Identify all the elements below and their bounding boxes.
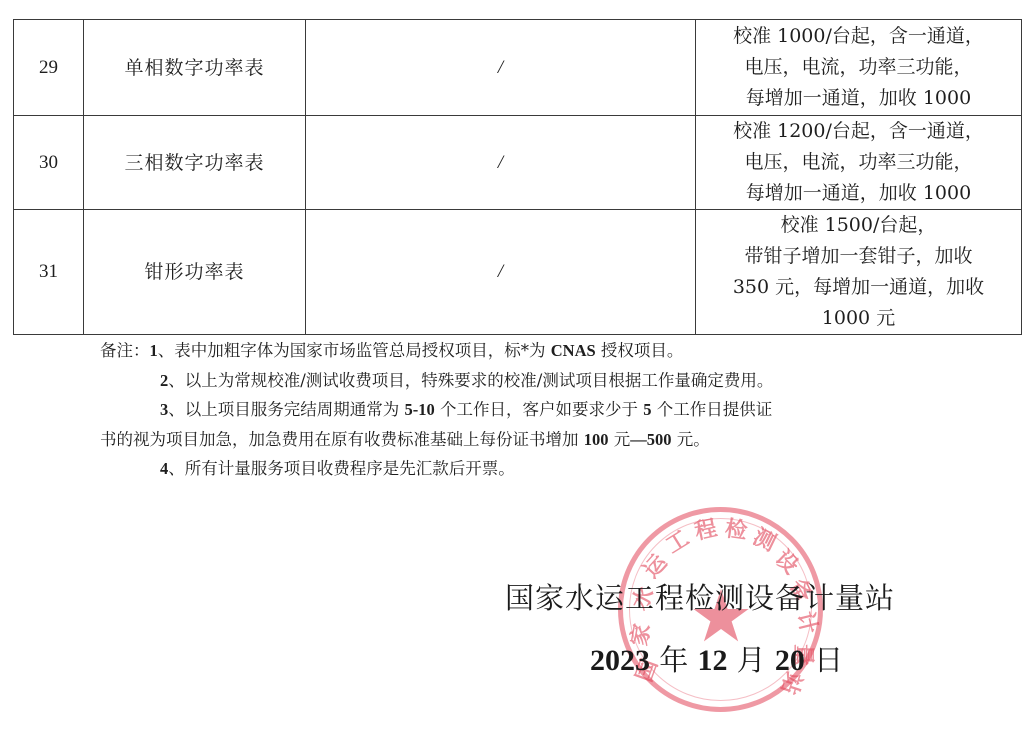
date-month-unit: 月 bbox=[727, 643, 774, 677]
fee-line: 350 元，每增加一通道，加收 bbox=[696, 272, 1021, 303]
note-bold: —500 bbox=[630, 430, 671, 449]
note-number: 1 bbox=[150, 341, 158, 360]
item-number: 30 bbox=[14, 116, 84, 210]
fee-line: 电压，电流，功率三功能， bbox=[696, 147, 1021, 178]
date-year: 2023 bbox=[590, 644, 650, 677]
note-bold: CNAS bbox=[551, 341, 596, 360]
note-text: 、以上为常规校准/测试收费项目，特殊要求的校准/测试项目根据工作量确定费用。 bbox=[168, 371, 773, 390]
item-fee: 校准 1200/台起，含一通道， 电压，电流，功率三功能， 每增加一通道，加收 … bbox=[696, 116, 1022, 210]
issuing-organization: 国家水运工程检测设备计量站 bbox=[505, 576, 895, 617]
note-text: 、表中加粗字体为国家市场监管总局授权项目，标*为 bbox=[158, 341, 551, 360]
fee-line: 1000 元 bbox=[696, 303, 1021, 334]
issue-date: 2023 年 12 月 20 日 bbox=[590, 638, 843, 679]
date-month: 12 bbox=[697, 644, 727, 677]
item-fee: 校准 1000/台起，含一通道， 电压，电流，功率三功能， 每增加一通道，加收 … bbox=[696, 20, 1022, 116]
item-number: 31 bbox=[14, 210, 84, 335]
seal-char: 程 bbox=[693, 518, 719, 544]
date-day-unit: 日 bbox=[805, 643, 843, 677]
note-text: 书的视为项目加急，加急费用在原有收费标准基础上每份证书增加 bbox=[100, 430, 584, 449]
fee-line: 校准 1000/台起，含一通道， bbox=[696, 21, 1021, 52]
fee-line: 每增加一通道，加收 1000 bbox=[696, 178, 1021, 209]
date-day: 20 bbox=[775, 644, 805, 677]
item-range: / bbox=[306, 20, 696, 116]
note-1: 备注：1、表中加粗字体为国家市场监管总局授权项目，标*为 CNAS 授权项目。 bbox=[0, 336, 1024, 366]
item-fee: 校准 1500/台起， 带钳子增加一套钳子，加收 350 元，每增加一通道，加收… bbox=[696, 210, 1022, 335]
item-name: 单相数字功率表 bbox=[84, 20, 306, 116]
table-row: 31 钳形功率表 / 校准 1500/台起， 带钳子增加一套钳子，加收 350 … bbox=[14, 210, 1022, 335]
seal-char: 检 bbox=[724, 519, 749, 544]
note-number: 3 bbox=[160, 400, 168, 419]
note-text: 个工作日，客户如要求少于 bbox=[435, 400, 644, 419]
fee-line: 电压，电流，功率三功能， bbox=[696, 52, 1021, 83]
item-range: / bbox=[306, 210, 696, 335]
fee-table: 29 单相数字功率表 / 校准 1000/台起，含一通道， 电压，电流，功率三功… bbox=[13, 19, 1022, 335]
item-name: 钳形功率表 bbox=[84, 210, 306, 335]
note-text: 授权项目。 bbox=[596, 341, 684, 360]
note-bold: 5 bbox=[643, 400, 651, 419]
table-row: 29 单相数字功率表 / 校准 1000/台起，含一通道， 电压，电流，功率三功… bbox=[14, 20, 1022, 116]
note-text: 元 bbox=[609, 430, 631, 449]
table-row: 30 三相数字功率表 / 校准 1200/台起，含一通道， 电压，电流，功率三功… bbox=[14, 116, 1022, 210]
note-prefix: 备注： bbox=[100, 341, 150, 360]
note-4: 4、所有计量服务项目收费程序是先汇款后开票。 bbox=[0, 454, 1024, 484]
note-text: 、以上项目服务完结周期通常为 bbox=[168, 400, 404, 419]
item-range: / bbox=[306, 116, 696, 210]
note-2: 2、以上为常规校准/测试收费项目，特殊要求的校准/测试项目根据工作量确定费用。 bbox=[0, 366, 1024, 396]
note-text: 元。 bbox=[672, 430, 710, 449]
remarks-section: 备注：1、表中加粗字体为国家市场监管总局授权项目，标*为 CNAS 授权项目。 … bbox=[0, 336, 1024, 484]
note-number: 2 bbox=[160, 371, 168, 390]
note-3: 3、以上项目服务完结周期通常为 5-10 个工作日，客户如要求少于 5 个工作日… bbox=[0, 395, 1024, 425]
note-text: 个工作日提供证 bbox=[652, 400, 773, 419]
note-bold: 5-10 bbox=[405, 400, 435, 419]
fee-line: 校准 1200/台起，含一通道， bbox=[696, 116, 1021, 147]
note-number: 4 bbox=[160, 459, 168, 478]
fee-line: 每增加一通道，加收 1000 bbox=[696, 83, 1021, 114]
note-3-continued: 书的视为项目加急，加急费用在原有收费标准基础上每份证书增加 100 元—500 … bbox=[0, 425, 1024, 455]
date-year-unit: 年 bbox=[650, 643, 697, 677]
fee-line: 带钳子增加一套钳子，加收 bbox=[696, 241, 1021, 272]
fee-line: 校准 1500/台起， bbox=[696, 210, 1021, 241]
note-text: 、所有计量服务项目收费程序是先汇款后开票。 bbox=[168, 459, 515, 478]
note-bold: 100 bbox=[584, 430, 609, 449]
item-number: 29 bbox=[14, 20, 84, 116]
item-name: 三相数字功率表 bbox=[84, 116, 306, 210]
